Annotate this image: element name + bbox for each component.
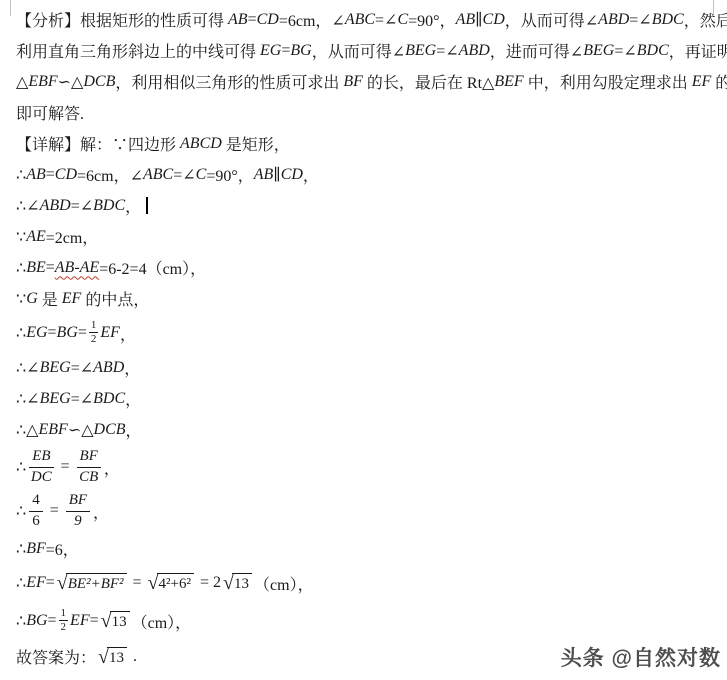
text-run: ，从而可得∠	[312, 39, 405, 62]
fraction-denominator: 2	[91, 333, 97, 346]
text-run: =∠	[71, 358, 93, 378]
text-run: 中，利用勾股定理求出	[524, 70, 692, 93]
math-run: CD	[55, 166, 77, 184]
solution-line: ∴BF=6，	[16, 533, 715, 564]
solution-line: 【详解】解：∵四边形 ABCD 是矩形，	[16, 128, 715, 159]
text-run: ∴	[16, 501, 26, 521]
text-run: ，	[93, 500, 109, 523]
fraction-numerator: 1	[59, 608, 69, 621]
text-run: =∠	[629, 10, 651, 30]
text-run: ，然后	[684, 8, 727, 31]
math-run: EBF	[28, 73, 57, 91]
solution-line: ∴BE=AB-AE=6-2=4（cm），	[16, 252, 715, 283]
text-run: ，	[125, 194, 141, 217]
text-run: ，	[126, 418, 142, 441]
solution-line: ∵G 是 EF 的中点，	[16, 283, 715, 314]
text-run: =6，	[46, 537, 79, 560]
text-run: =	[57, 458, 74, 476]
fraction-denominator: 6	[32, 512, 40, 530]
text-run: ，进而可得∠	[490, 39, 583, 62]
math-run: EBF	[38, 421, 67, 439]
radical: √BE²+BF²	[57, 573, 127, 593]
text-run: 的长，	[711, 70, 727, 93]
math-run: BDC	[637, 42, 669, 60]
spellcheck-wavy-underline: AB-AE	[55, 259, 99, 277]
radical: √13	[101, 611, 130, 631]
math-run: ABD	[598, 11, 629, 29]
text-run: ∴	[16, 323, 26, 343]
text-run: =6-2=4（cm），	[99, 256, 206, 279]
text-run: =	[48, 324, 57, 342]
math-run: BDC	[93, 390, 125, 408]
math-run: BEG	[40, 359, 71, 377]
fraction-numerator: 1	[89, 320, 99, 333]
text-run: =∠	[375, 10, 397, 30]
math-run: CD	[281, 166, 303, 184]
math-run: BG	[57, 324, 78, 342]
text-boundary-mark-left	[10, 0, 11, 16]
solution-line: ∴EG=BG=12EF，	[16, 314, 715, 352]
text-run: ∵	[16, 289, 26, 309]
text-run: =2cm，	[46, 225, 99, 248]
text-run: =∠	[614, 41, 636, 61]
fraction-numerator: EB	[29, 448, 53, 467]
math-run: DCB	[83, 73, 115, 91]
text-run: ∴∠	[16, 358, 40, 378]
math-run: AB	[228, 11, 248, 29]
text-run: ，	[303, 163, 319, 186]
math-run: BF	[26, 540, 46, 558]
text-run: =6cm，∠	[77, 163, 143, 186]
math-run: BDC	[93, 197, 125, 215]
solution-line: ∴△EBF∽△DCB，	[16, 414, 715, 445]
text-run: 是	[38, 287, 62, 310]
math-run: BF	[343, 73, 363, 91]
math-run: G	[26, 290, 38, 308]
text-run: =6cm，∠	[279, 8, 345, 31]
text-run: ∥	[475, 10, 482, 30]
text-run: =90°，	[408, 8, 455, 31]
text-run: =	[46, 502, 63, 520]
solution-line: ∴EBDC = BFCB，	[16, 445, 715, 489]
text-run: =	[48, 612, 57, 630]
text-run: ，	[104, 456, 120, 479]
math-run: EF	[26, 574, 46, 592]
math-run: ABC	[143, 166, 173, 184]
text-run: ∽△	[68, 420, 94, 440]
text-run: 【分析】根据矩形的性质可得	[16, 8, 228, 31]
math-run: ABC	[345, 11, 375, 29]
fraction-numerator: BF	[66, 492, 90, 511]
fraction-numerator: 4	[29, 492, 43, 511]
text-run: =∠	[436, 41, 458, 61]
math-run: BEG	[405, 42, 436, 60]
fraction-numerator: BF	[77, 448, 101, 467]
solution-line: ∴EF=√BE²+BF² = √4²+6² = 2√13（cm），	[16, 564, 715, 602]
math-run: BG	[26, 612, 47, 630]
text-run: ，再证明	[669, 39, 727, 62]
fraction-denominator: CB	[79, 468, 98, 486]
text-run: =	[248, 11, 257, 29]
radicand: BE²+BF²	[66, 573, 127, 593]
fraction: 46	[29, 492, 43, 530]
math-run: DCB	[94, 421, 126, 439]
text-run: =∠	[71, 389, 93, 409]
math-run: AB	[254, 166, 274, 184]
solution-line: ∴46 = BF9，	[16, 489, 715, 533]
text-run: ，	[125, 387, 141, 410]
text-run: =	[46, 166, 55, 184]
solution-line: △EBF∽△DCB，利用相似三角形的性质可求出 BF 的长，最后在 Rt△BEF…	[16, 66, 715, 97]
text-run: 即可解答.	[16, 101, 84, 124]
text-run: （cm），	[132, 610, 192, 633]
text-run: =90°，	[206, 163, 253, 186]
math-run: AB	[456, 11, 476, 29]
math-run: EF	[70, 612, 90, 630]
solution-line: ∴∠BEG=∠ABD，	[16, 352, 715, 383]
text-run: 利用直角三角形斜边上的中线可得	[16, 39, 260, 62]
math-run: EF	[62, 290, 82, 308]
text-run: 是矩形，	[222, 132, 290, 155]
text-run: =∠	[173, 165, 195, 185]
solution-line: 【分析】根据矩形的性质可得 AB=CD=6cm，∠ABC=∠C=90°，AB∥C…	[16, 4, 715, 35]
text-run: ，从而可得∠	[505, 8, 598, 31]
math-run: BDC	[652, 11, 684, 29]
text-run: =	[46, 259, 55, 277]
math-run: ABD	[93, 359, 124, 377]
text-run: ∴	[16, 611, 26, 631]
text-run: ∴∠	[16, 389, 40, 409]
text-run: （cm），	[254, 572, 314, 595]
radicand: 13	[232, 573, 252, 593]
math-run: BEG	[40, 390, 71, 408]
solution-line: 利用直角三角形斜边上的中线可得 EG=BG，从而可得∠BEG=∠ABD，进而可得…	[16, 35, 715, 66]
text-run: ∴	[16, 165, 26, 185]
math-run: ABD	[40, 197, 71, 215]
text-run: =	[78, 324, 87, 342]
text-run: ∴	[16, 539, 26, 559]
text-run: =	[281, 42, 290, 60]
fraction-denominator: 2	[61, 621, 67, 634]
math-run: BEF	[494, 73, 523, 91]
text-run: =	[46, 574, 55, 592]
text-run: 故答案为：	[16, 645, 96, 668]
text-run: ，	[124, 356, 140, 379]
solution-line: ∵AE=2cm，	[16, 221, 715, 252]
math-run: BE	[26, 259, 46, 277]
fraction: EBDC	[29, 448, 53, 486]
radical: √4²+6²	[148, 573, 194, 593]
text-run: = 2	[196, 574, 221, 592]
text-run: =	[129, 574, 146, 592]
solution-line: ∴AB=CD=6cm，∠ABC=∠C=90°，AB∥CD，	[16, 159, 715, 190]
math-run: AE	[26, 228, 46, 246]
text-run: △	[16, 72, 28, 92]
text-cursor	[146, 197, 148, 214]
radical: √13	[98, 647, 127, 667]
text-run: .	[129, 648, 137, 666]
solution-line: ∴∠BEG=∠BDC，	[16, 383, 715, 414]
math-run: BEG	[583, 42, 614, 60]
text-run: =	[90, 612, 99, 630]
text-run: ∴	[16, 573, 26, 593]
text-run: ∴	[16, 258, 26, 278]
math-run: CD	[483, 11, 505, 29]
math-run: EG	[26, 324, 47, 342]
text-run: 的长，最后在 Rt△	[363, 70, 494, 93]
math-run: ABCD	[180, 135, 222, 153]
radicand: 13	[110, 611, 130, 631]
math-run: BG	[290, 42, 311, 60]
math-run: CD	[257, 11, 279, 29]
text-run: ∽△	[58, 72, 84, 92]
fraction-denominator: 9	[74, 512, 82, 530]
radicand: 13	[107, 647, 127, 667]
document-lines[interactable]: 【分析】根据矩形的性质可得 AB=CD=6cm，∠ABC=∠C=90°，AB∥C…	[16, 2, 715, 673]
text-run: ∴△	[16, 420, 38, 440]
text-run: 的中点，	[81, 287, 149, 310]
fraction: BF9	[66, 492, 90, 530]
text-run: ∥	[273, 165, 280, 185]
fraction: 12	[59, 608, 69, 633]
solution-line: ∴BG=12EF=√13（cm），	[16, 602, 715, 640]
fraction-denominator: DC	[31, 468, 52, 486]
math-run: C	[196, 166, 207, 184]
text-run: ，利用相似三角形的性质可求出	[115, 70, 343, 93]
solution-line: ∴∠ABD=∠BDC，	[16, 190, 715, 221]
text-run: ∴∠	[16, 196, 40, 216]
fraction: 12	[89, 320, 99, 345]
watermark: 头条 @自然对数	[561, 642, 721, 672]
text-boundary-mark-right	[713, 0, 714, 16]
math-run: C	[397, 11, 408, 29]
math-run: EG	[260, 42, 281, 60]
math-run: EF	[692, 73, 712, 91]
text-run: ∵	[16, 227, 26, 247]
text-run: =∠	[71, 196, 93, 216]
math-run: ABD	[459, 42, 490, 60]
math-run: AB	[26, 166, 46, 184]
text-run: ∴	[16, 457, 26, 477]
text-run: ，	[120, 322, 136, 345]
text-run: 【详解】解：∵四边形	[16, 132, 180, 155]
document-page: 【分析】根据矩形的性质可得 AB=CD=6cm，∠ABC=∠C=90°，AB∥C…	[0, 0, 727, 680]
radical: √13	[223, 573, 252, 593]
math-run: EF	[100, 324, 120, 342]
radicand: 4²+6²	[157, 573, 194, 593]
fraction: BFCB	[77, 448, 101, 486]
solution-line: 即可解答.	[16, 97, 715, 128]
